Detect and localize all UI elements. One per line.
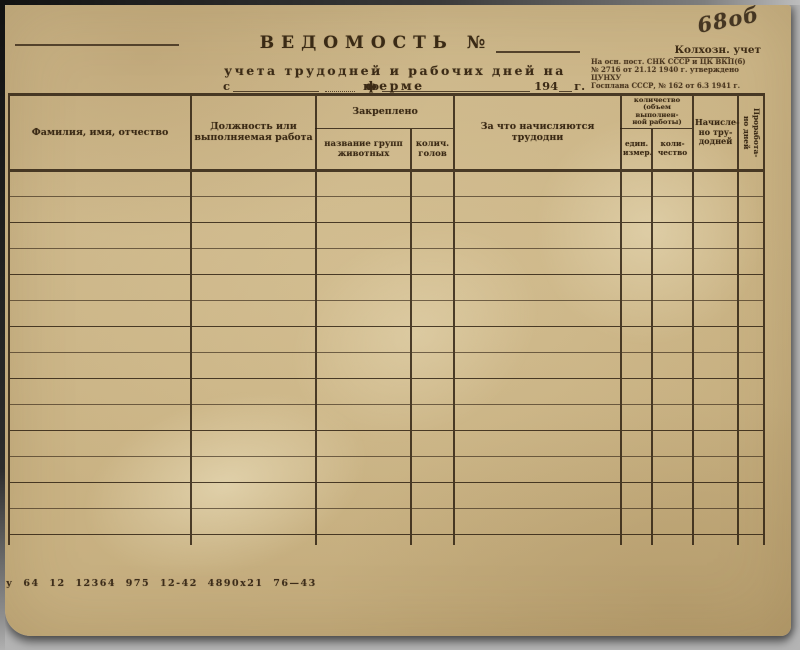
regulation-line: № 2716 от 21.12 1940 г. утверждено ЦУНХУ — [591, 66, 767, 82]
cell-position — [191, 248, 316, 274]
cell-reason — [454, 456, 621, 482]
cell-position — [191, 508, 316, 534]
cell-animal-groups — [316, 352, 411, 378]
regulation-line: Госплана СССР, № 162 от 6.3 1941 г. — [591, 82, 767, 90]
column-header-animal-groups: название групп животных — [316, 128, 411, 170]
cell-animal-groups — [316, 196, 411, 222]
cell-days-worked — [738, 508, 764, 534]
cell-accrued — [693, 300, 738, 326]
cell-animal-groups — [316, 378, 411, 404]
cell-unit — [621, 196, 652, 222]
cell-animal-groups — [316, 508, 411, 534]
cell-head-count — [411, 196, 454, 222]
cell-days-worked — [738, 352, 764, 378]
cell-animal-groups — [316, 222, 411, 248]
account-type-word2: учет — [733, 44, 761, 56]
cell-quantity — [652, 222, 693, 248]
cell-position — [191, 196, 316, 222]
form-title: ВЕДОМОСТЬ № — [260, 33, 492, 53]
period-from-label: с — [223, 79, 230, 93]
cell-name — [9, 352, 191, 378]
cell-reason — [454, 378, 621, 404]
table-row — [9, 404, 764, 430]
table-row — [9, 456, 764, 482]
table-row — [9, 196, 764, 222]
column-group-assigned: Закреплено — [316, 95, 454, 129]
scan-edge-top — [0, 0, 800, 5]
cell-position — [191, 274, 316, 300]
column-group-quantity: количество (объем выполнен- ной работы) — [621, 95, 693, 129]
cell-quantity — [652, 482, 693, 508]
column-header-accrued-labor-days: Начисле- но тру- додней — [693, 95, 738, 171]
table-row — [9, 508, 764, 534]
cell-position — [191, 222, 316, 248]
print-edition-code: у 64 12 12364 975 12-42 4890x21 76—43 — [6, 578, 317, 589]
table-header: Фамилия, имя, отчество Должность или вып… — [9, 95, 764, 171]
period-middle-blank — [325, 80, 355, 92]
cell-days-worked — [738, 456, 764, 482]
cell-unit — [621, 170, 652, 196]
column-header-name: Фамилия, имя, отчество — [9, 95, 191, 171]
cell-position — [191, 404, 316, 430]
cell-reason — [454, 352, 621, 378]
cell-position — [191, 300, 316, 326]
cell-unit — [621, 456, 652, 482]
cell-accrued — [693, 170, 738, 196]
cell-reason — [454, 300, 621, 326]
cell-position — [191, 482, 316, 508]
column-header-reason: За что начисляются трудодни — [454, 95, 621, 171]
cell-unit — [621, 508, 652, 534]
cell-reason — [454, 196, 621, 222]
cell-reason — [454, 430, 621, 456]
cell-animal-groups — [316, 248, 411, 274]
period-row: с по 194 г. — [223, 79, 613, 93]
column-header-unit: един. измер. — [621, 128, 652, 170]
cell-days-worked — [738, 248, 764, 274]
cell-quantity — [652, 404, 693, 430]
handwritten-page-note: 68об — [695, 1, 761, 37]
cell-days-worked — [738, 170, 764, 196]
cell-accrued — [693, 404, 738, 430]
cell-quantity — [652, 326, 693, 352]
cell-head-count — [411, 378, 454, 404]
cell-head-count — [411, 456, 454, 482]
scanned-document: 68об Колхозн. учет На осн. пост. СНК ССС… — [0, 0, 800, 650]
cell-unit — [621, 482, 652, 508]
cell-quantity — [652, 378, 693, 404]
table-row — [9, 326, 764, 352]
cell-quantity — [652, 196, 693, 222]
table-body — [9, 170, 764, 545]
cell-head-count — [411, 482, 454, 508]
scan-edge-left — [0, 0, 5, 650]
cell-days-worked — [738, 430, 764, 456]
table-row — [9, 352, 764, 378]
cell-days-worked — [738, 482, 764, 508]
cell-reason — [454, 248, 621, 274]
organization-blank-line — [15, 29, 179, 46]
cell-animal-groups — [316, 170, 411, 196]
cell-head-count — [411, 274, 454, 300]
period-era-label: г. — [574, 79, 585, 93]
cell-quantity — [652, 170, 693, 196]
cell-quantity — [652, 352, 693, 378]
cell-animal-groups — [316, 300, 411, 326]
cell-reason — [454, 274, 621, 300]
cell-quantity — [652, 456, 693, 482]
cell-reason — [454, 404, 621, 430]
cell-name — [9, 508, 191, 534]
cell-quantity — [652, 430, 693, 456]
table-stub-row — [9, 534, 764, 545]
cell-unit — [621, 430, 652, 456]
column-header-days-worked: Проработа- но дней — [738, 95, 764, 171]
cell-animal-groups — [316, 274, 411, 300]
account-type-word1: Колхозн. — [674, 44, 729, 58]
cell-head-count — [411, 248, 454, 274]
cell-reason — [454, 508, 621, 534]
form-title-row: ВЕДОМОСТЬ № — [220, 33, 620, 53]
cell-accrued — [693, 456, 738, 482]
cell-days-worked — [738, 300, 764, 326]
column-header-head-count: колич. голов — [411, 128, 454, 170]
cell-name — [9, 196, 191, 222]
cell-days-worked — [738, 222, 764, 248]
cell-quantity — [652, 508, 693, 534]
table-row — [9, 170, 764, 196]
cell-unit — [621, 274, 652, 300]
period-year-blank — [559, 80, 572, 92]
cell-name — [9, 222, 191, 248]
cell-position — [191, 456, 316, 482]
cell-position — [191, 430, 316, 456]
cell-name — [9, 300, 191, 326]
cell-head-count — [411, 404, 454, 430]
cell-name — [9, 482, 191, 508]
cell-accrued — [693, 222, 738, 248]
table-row — [9, 248, 764, 274]
cell-name — [9, 170, 191, 196]
cell-accrued — [693, 378, 738, 404]
cell-unit — [621, 326, 652, 352]
cell-head-count — [411, 430, 454, 456]
cell-unit — [621, 352, 652, 378]
cell-reason — [454, 326, 621, 352]
cell-reason — [454, 170, 621, 196]
column-header-position: Должность или выполняемая работа — [191, 95, 316, 171]
table-row — [9, 378, 764, 404]
regulation-reference: На осн. пост. СНК СССР и ЦК ВКП(б) № 271… — [591, 58, 767, 90]
cell-quantity — [652, 274, 693, 300]
cell-unit — [621, 300, 652, 326]
cell-animal-groups — [316, 456, 411, 482]
cell-reason — [454, 222, 621, 248]
cell-accrued — [693, 326, 738, 352]
cell-position — [191, 352, 316, 378]
cell-name — [9, 456, 191, 482]
cell-head-count — [411, 170, 454, 196]
cell-accrued — [693, 508, 738, 534]
cell-head-count — [411, 508, 454, 534]
period-to-label: по — [363, 79, 379, 93]
cell-days-worked — [738, 326, 764, 352]
cell-unit — [621, 404, 652, 430]
cell-accrued — [693, 274, 738, 300]
cell-days-worked — [738, 274, 764, 300]
cell-name — [9, 274, 191, 300]
table-row — [9, 222, 764, 248]
cell-animal-groups — [316, 326, 411, 352]
table-row — [9, 482, 764, 508]
cell-name — [9, 404, 191, 430]
cell-unit — [621, 378, 652, 404]
form-paper: 68об Колхозн. учет На осн. пост. СНК ССС… — [5, 5, 791, 636]
cell-head-count — [411, 222, 454, 248]
column-header-quantity: коли- чество — [652, 128, 693, 170]
cell-days-worked — [738, 378, 764, 404]
cell-quantity — [652, 300, 693, 326]
table-row — [9, 274, 764, 300]
cell-accrued — [693, 196, 738, 222]
cell-animal-groups — [316, 404, 411, 430]
cell-accrued — [693, 482, 738, 508]
cell-unit — [621, 222, 652, 248]
period-from-blank — [233, 80, 319, 92]
cell-days-worked — [738, 404, 764, 430]
labor-days-table: Фамилия, имя, отчество Должность или вып… — [8, 93, 765, 545]
cell-name — [9, 248, 191, 274]
cell-position — [191, 378, 316, 404]
form-number-blank — [496, 39, 580, 53]
cell-head-count — [411, 352, 454, 378]
table-row — [9, 430, 764, 456]
cell-accrued — [693, 430, 738, 456]
cell-quantity — [652, 248, 693, 274]
cell-accrued — [693, 352, 738, 378]
cell-head-count — [411, 326, 454, 352]
cell-name — [9, 378, 191, 404]
cell-head-count — [411, 300, 454, 326]
cell-animal-groups — [316, 430, 411, 456]
cell-position — [191, 170, 316, 196]
cell-animal-groups — [316, 482, 411, 508]
cell-days-worked — [738, 196, 764, 222]
cell-position — [191, 326, 316, 352]
cell-accrued — [693, 248, 738, 274]
period-year-label: 194 — [534, 79, 558, 93]
period-to-blank — [382, 80, 530, 92]
table-row — [9, 300, 764, 326]
cell-name — [9, 326, 191, 352]
account-type-label: Колхозн. учет — [674, 44, 761, 56]
days-worked-vertical-text: Проработа- но дней — [741, 108, 761, 157]
cell-name — [9, 430, 191, 456]
cell-reason — [454, 482, 621, 508]
cell-unit — [621, 248, 652, 274]
